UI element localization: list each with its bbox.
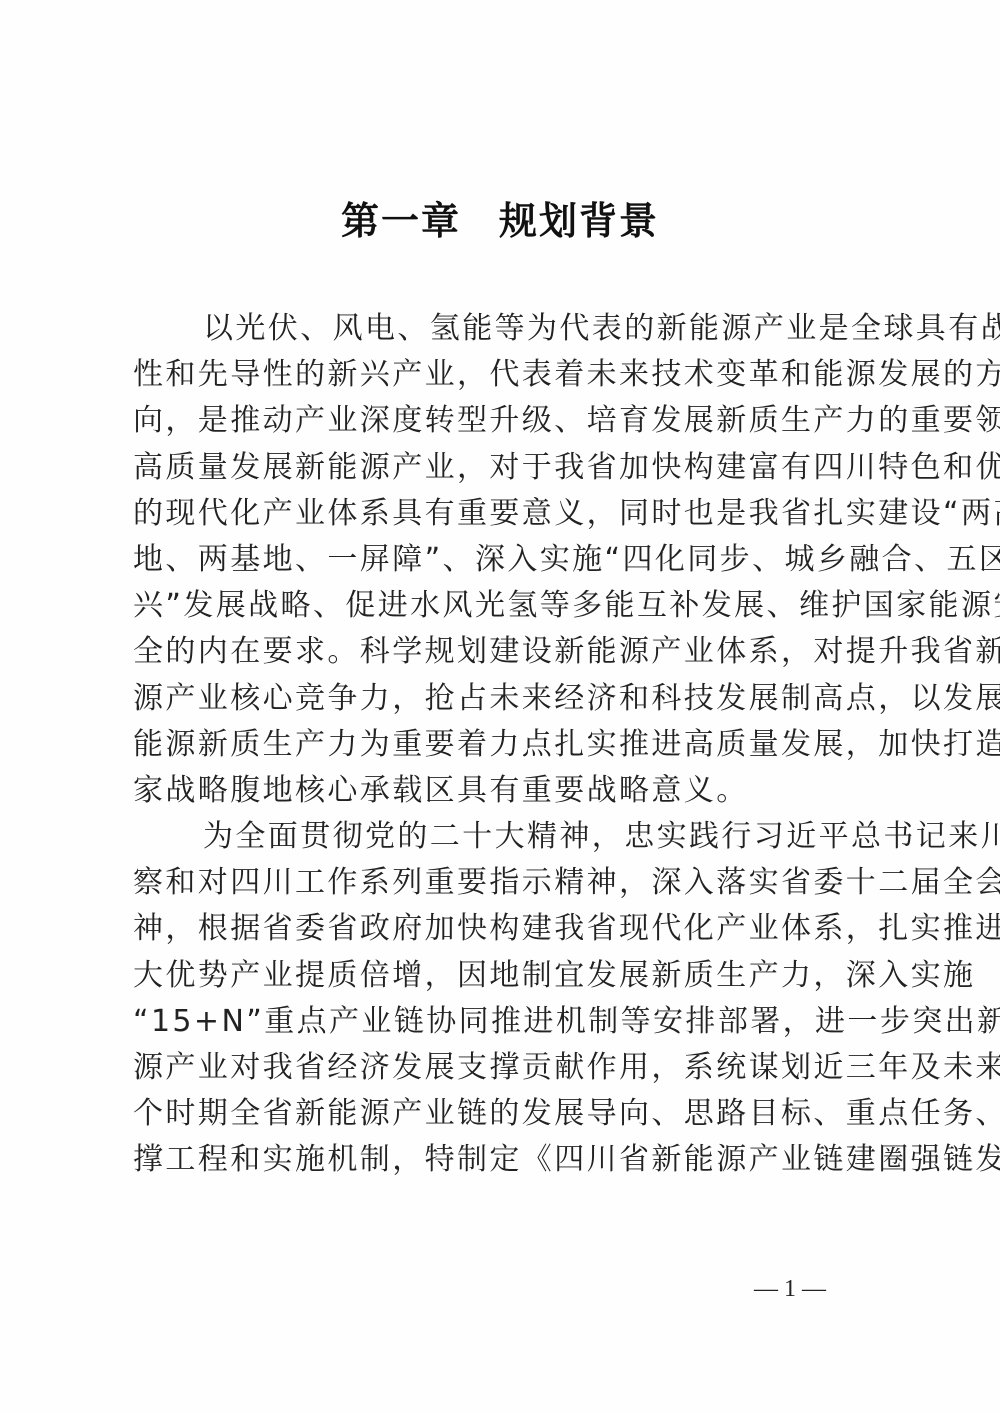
- paragraph-2-line-3: 神，根据省委省政府加快构建我省现代化产业体系，扎实推进六: [133, 906, 873, 952]
- document-page: 第一章规划背景 以光伏、风电、氢能等为代表的新能源产业是全球具有战略 性和先导性…: [0, 0, 1000, 1414]
- paragraph-2-line-1: 为全面贯彻党的二十大精神，忠实践行习近平总书记来川视: [133, 814, 873, 860]
- body-text: 以光伏、风电、氢能等为代表的新能源产业是全球具有战略 性和先导性的新兴产业，代表…: [133, 306, 873, 1184]
- paragraph-1-line-6: 地、两基地、一屏障”、深入实施“四化同步、城乡融合、五区共: [133, 537, 873, 583]
- paragraph-1-line-3: 向，是推动产业深度转型升级、培育发展新质生产力的重要领域。: [133, 398, 873, 444]
- paragraph-2-line-2: 察和对四川工作系列重要指示精神，深入落实省委十二届全会精: [133, 860, 873, 906]
- page-number: — 1 —: [745, 1276, 835, 1303]
- paragraph-1-line-7: 兴”发展战略、促进水风光氢等多能互补发展、维护国家能源安: [133, 583, 873, 629]
- paragraph-1-line-8: 全的内在要求。科学规划建设新能源产业体系，对提升我省新能: [133, 629, 873, 675]
- paragraph-1-line-5: 的现代化产业体系具有重要意义，同时也是我省扎实建设“两高: [133, 491, 873, 537]
- chapter-heading: 规划背景: [499, 198, 659, 243]
- chapter-title: 第一章规划背景: [0, 196, 1000, 246]
- paragraph-2-line-5: “15+N”重点产业链协同推进机制等安排部署，进一步突出新能: [133, 999, 873, 1045]
- paragraph-2-line-4: 大优势产业提质倍增，因地制宜发展新质生产力，深入实施: [133, 953, 873, 999]
- paragraph-1-line-4: 高质量发展新能源产业，对于我省加快构建富有四川特色和优势: [133, 445, 873, 491]
- paragraph-1-line-11: 家战略腹地核心承载区具有重要战略意义。: [133, 768, 873, 814]
- paragraph-1-line-2: 性和先导性的新兴产业，代表着未来技术变革和能源发展的方: [133, 352, 873, 398]
- chapter-number: 第一章: [341, 198, 461, 243]
- paragraph-1-line-9: 源产业核心竞争力，抢占未来经济和科技发展制高点，以发展新: [133, 676, 873, 722]
- paragraph-2-line-8: 撑工程和实施机制，特制定《四川省新能源产业链建圈强链发展: [133, 1137, 873, 1183]
- paragraph-1-line-1: 以光伏、风电、氢能等为代表的新能源产业是全球具有战略: [133, 306, 873, 352]
- paragraph-2-line-6: 源产业对我省经济发展支撑贡献作用，系统谋划近三年及未来一: [133, 1045, 873, 1091]
- paragraph-1-line-10: 能源新质生产力为重要着力点扎实推进高质量发展，加快打造国: [133, 722, 873, 768]
- paragraph-2-line-7: 个时期全省新能源产业链的发展导向、思路目标、重点任务、支: [133, 1091, 873, 1137]
